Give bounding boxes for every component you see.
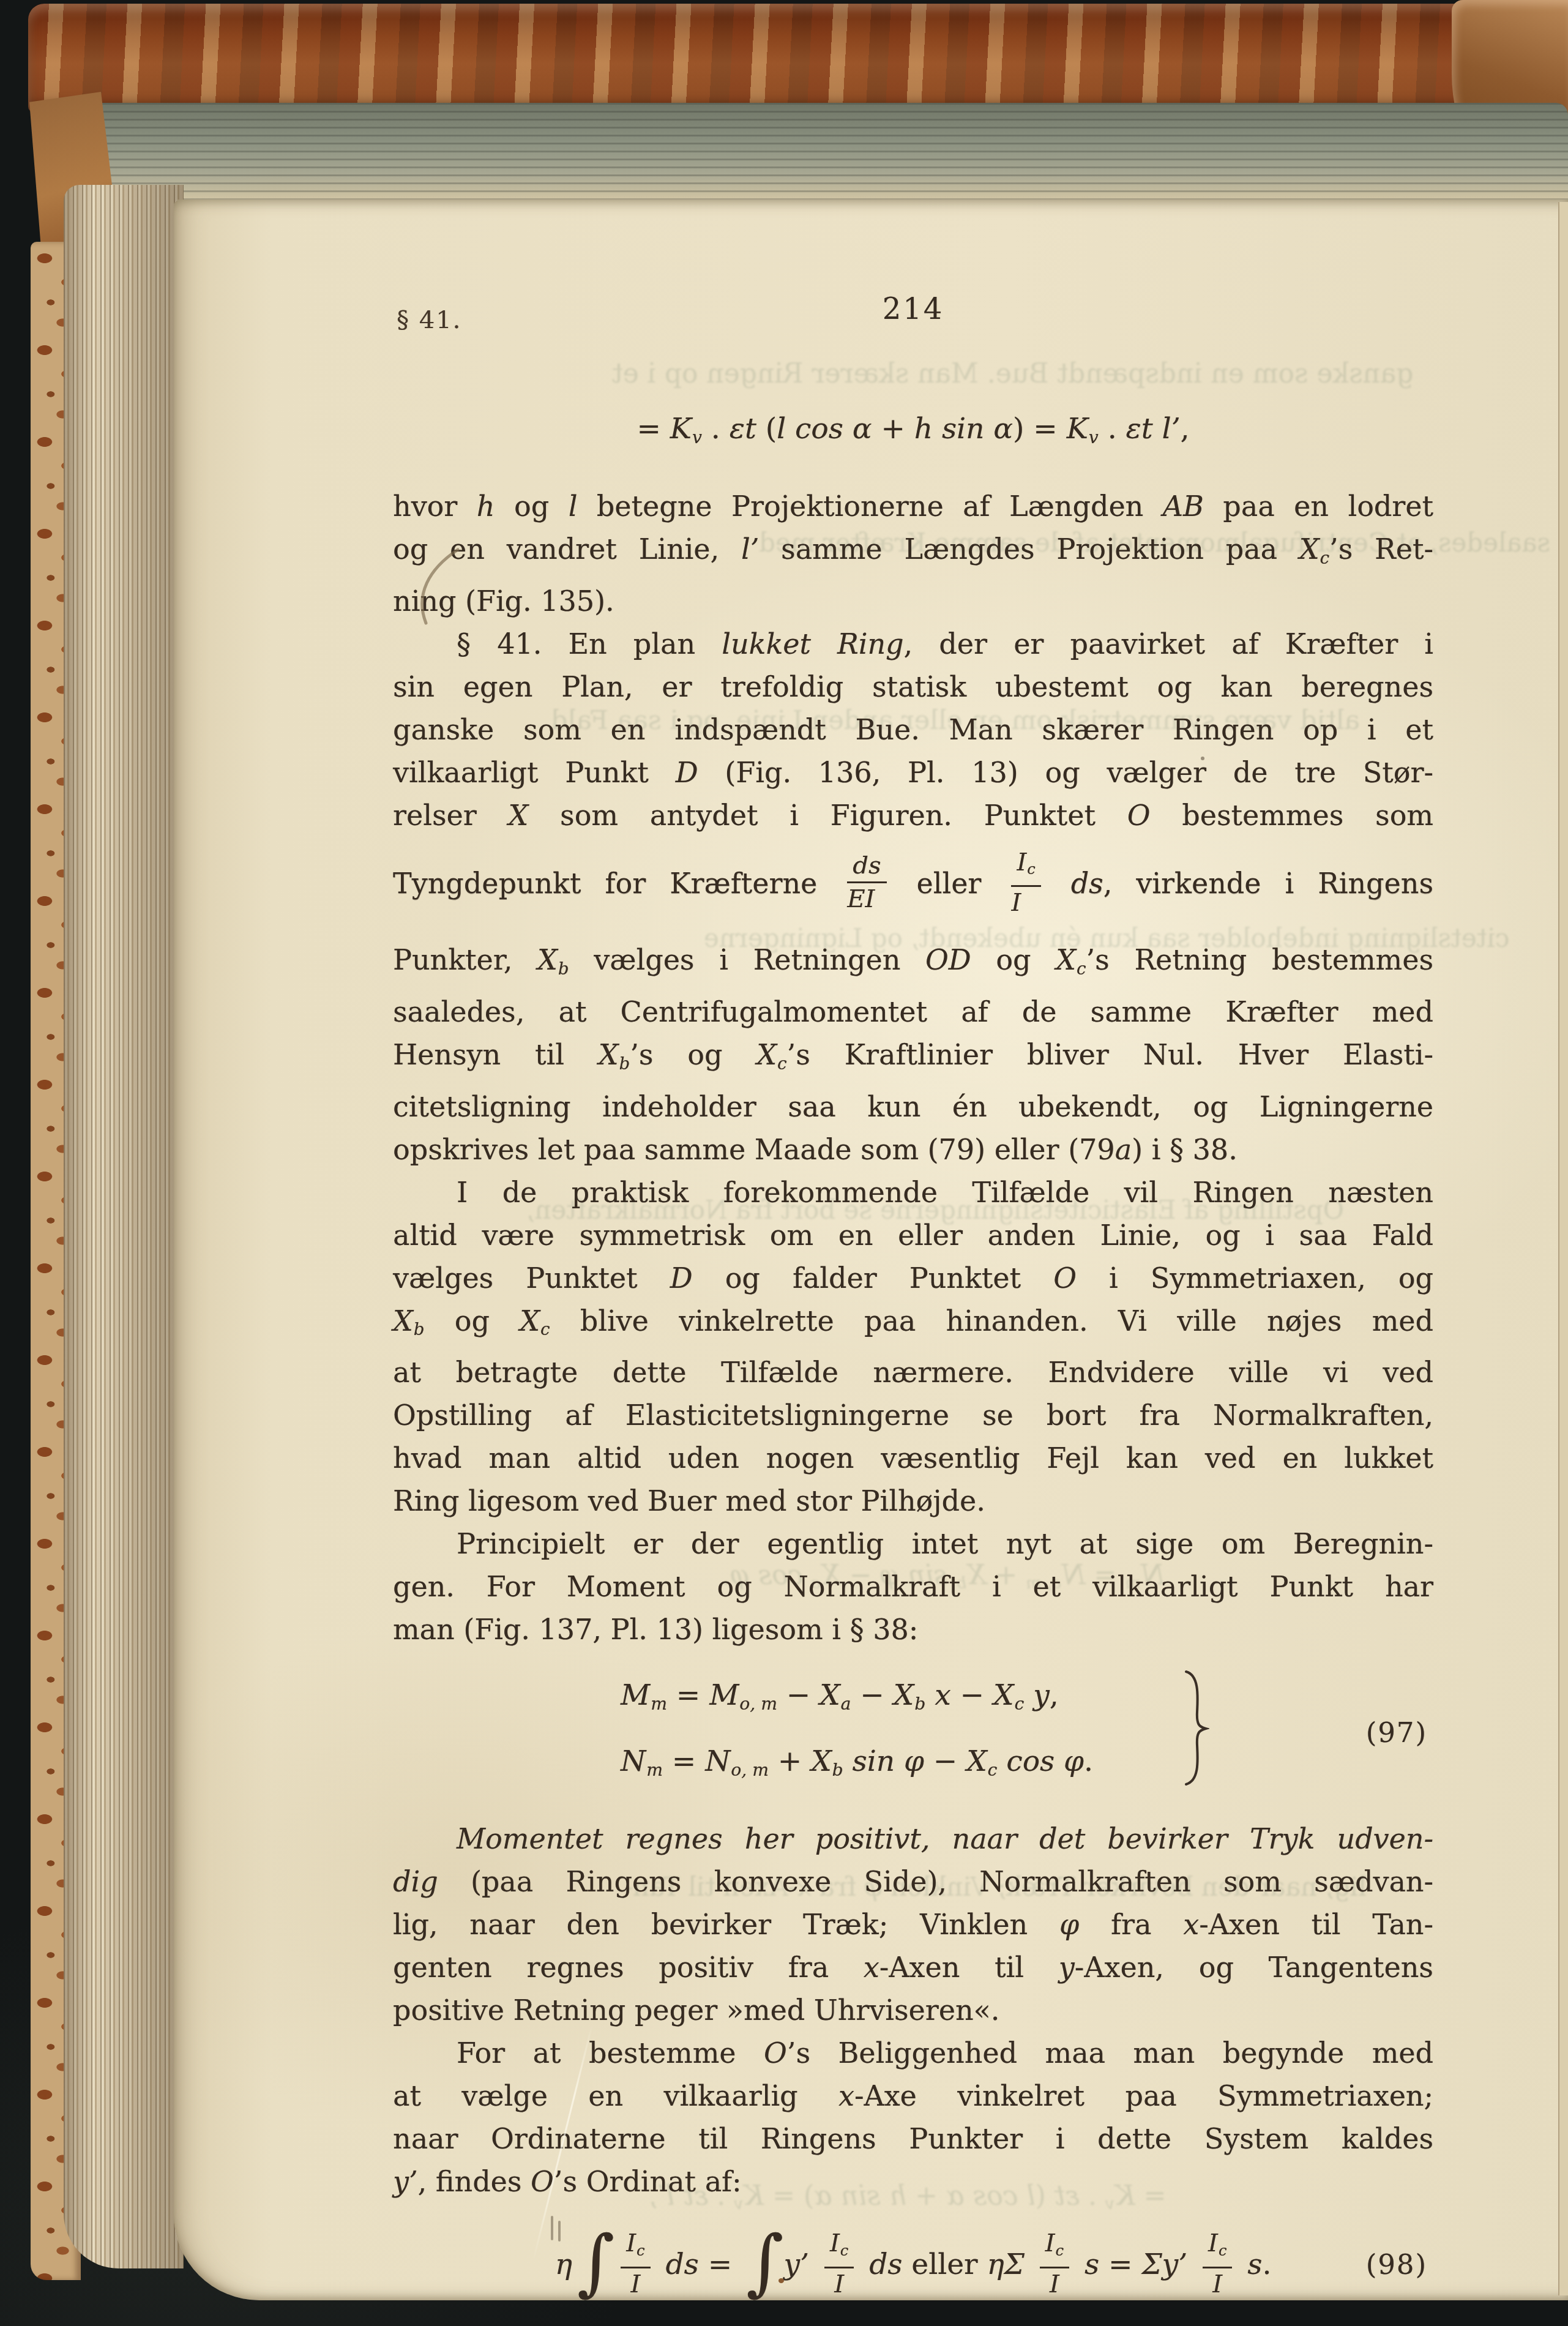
- text-line: Opstilling af Elasticitetsligningerne se…: [393, 1394, 1433, 1437]
- equation-thermal-elongation: = Kv . εt (l cos α + h sin α) = Kv . εt …: [393, 408, 1433, 459]
- text-line: Punkter, Xb vælges i Retningen OD og Xc’…: [393, 938, 1433, 990]
- text-line: lig, naar den bevirker Træk; Vinklen φ f…: [393, 1903, 1433, 1946]
- page-stack-left-edges: [64, 185, 184, 2268]
- text-line: sin egen Plan, er trefoldig statisk ubes…: [393, 665, 1433, 708]
- paragraph: hvor h og l betegne Projektionerne af Læ…: [393, 485, 1433, 623]
- paragraph: Momentet regnes her positivt, naar det b…: [393, 1817, 1433, 2032]
- text-line: Hensyn til Xb’s og Xc’s Kraftlinier bliv…: [393, 1033, 1433, 1085]
- book-cover-top-edge: [28, 4, 1540, 113]
- text-column: § 41. 214 = Kv . εt (l cos α + h sin α) …: [393, 288, 1433, 2311]
- curly-brace: [1181, 1668, 1209, 1788]
- text-line: hvad man altid uden nogen væsentlig Fejl…: [393, 1437, 1433, 1479]
- text-line: dig (paa Ringens konvexe Side), Normalkr…: [393, 1860, 1433, 1903]
- page-header: § 41. 214: [393, 288, 1433, 335]
- text-line: gen. For Moment og Normalkraft i et vilk…: [393, 1565, 1433, 1608]
- text-line: at betragte dette Tilfælde nærmere. Endv…: [393, 1351, 1433, 1394]
- text-line: man (Fig. 137, Pl. 13) ligesom i § 38:: [393, 1608, 1433, 1651]
- equation-97-line1: Mm = Mo, m − Xa − Xb x − Xc y,: [621, 1667, 1433, 1733]
- text-line: Principielt er der egentlig intet nyt at…: [393, 1522, 1433, 1565]
- text-line: ganske som en indspændt Bue. Man skærer …: [393, 708, 1433, 751]
- page-stack-top-edges: [78, 103, 1568, 206]
- text-line: Ring ligesom ved Buer med stor Pilhøjde.: [393, 1479, 1433, 1522]
- paragraph: For at bestemme O’s Beliggenhed maa man …: [393, 2032, 1433, 2203]
- text-line: Tyngdepunkt for Kræfterne dsEI eller IcI…: [393, 837, 1433, 939]
- text-line: og en vandret Linie, l’ samme Længdes Pr…: [393, 528, 1433, 580]
- text-line: citetsligning indeholder saa kun én ubek…: [393, 1085, 1433, 1128]
- text-line: Momentet regnes her positivt, naar det b…: [393, 1817, 1433, 1860]
- text-line: naar Ordinaterne til Ringens Punkter i d…: [393, 2117, 1433, 2160]
- text-line: genten regnes positiv fra x-Axen til y-A…: [393, 1946, 1433, 1989]
- paragraph: Principielt er der egentlig intet nyt at…: [393, 1522, 1433, 1651]
- text-line: saaledes, at Centrifugalmomentet af de s…: [393, 990, 1433, 1033]
- text-line: Xb og Xc blive vinkelrette paa hinanden.…: [393, 1299, 1433, 1352]
- dust-speck: [1201, 757, 1204, 760]
- text-line: vilkaarligt Punkt D (Fig. 136, Pl. 13) o…: [393, 751, 1433, 794]
- dust-speck: [778, 2278, 784, 2283]
- text-line: § 41. En plan lukket Ring, der er paavir…: [393, 623, 1433, 665]
- text-line: ning (Fig. 135).: [393, 580, 1433, 623]
- page-number: 214: [883, 288, 944, 331]
- text-line: altid være symmetrisk om en eller anden …: [393, 1214, 1433, 1257]
- paragraph: I de praktisk forekommende Tilfælde vil …: [393, 1171, 1433, 1523]
- text-line: at vælge en vilkaarlig x-Axe vinkelret p…: [393, 2074, 1433, 2117]
- equation-97-block: Mm = Mo, m − Xa − Xb x − Xc y, Nm = No, …: [393, 1667, 1433, 1799]
- equation-98-block: η∫IcI ds = ∫y’ IcI ds eller ηΣ IcI s = Σ…: [393, 2219, 1433, 2311]
- section-heading: § 41.: [397, 299, 461, 342]
- equation-number: (97): [1366, 1711, 1427, 1754]
- pencil-tick-mark: [551, 2216, 553, 2240]
- equation-number: (98): [1366, 2243, 1427, 2286]
- text-line: For at bestemme O’s Beliggenhed maa man …: [393, 2032, 1433, 2074]
- paragraph: § 41. En plan lukket Ring, der er paavir…: [393, 623, 1433, 1171]
- equation-97-line2: Nm = No, m + Xb sin φ − Xc cos φ.: [621, 1733, 1433, 1799]
- text-line: opskrives let paa samme Maade som (79) e…: [393, 1128, 1433, 1171]
- text-line: vælges Punktet D og falder Punktet O i S…: [393, 1257, 1433, 1299]
- next-page-edge: [1558, 202, 1568, 2295]
- equation-98: η∫IcI ds = ∫y’ IcI ds eller ηΣ IcI s = Σ…: [393, 2219, 1433, 2311]
- text-line: hvor h og l betegne Projektionerne af Læ…: [393, 485, 1433, 528]
- text-line: I de praktisk forekommende Tilfælde vil …: [393, 1171, 1433, 1214]
- text-line: positive Retning peger »med Uhrviseren«.: [393, 1989, 1433, 2032]
- scanned-book-page: { "header": { "section": "§ 41.", "page_…: [0, 0, 1568, 2326]
- pencil-tick-mark: [558, 2221, 561, 2242]
- text-line: relser X som antydet i Figuren. Punktet …: [393, 794, 1433, 837]
